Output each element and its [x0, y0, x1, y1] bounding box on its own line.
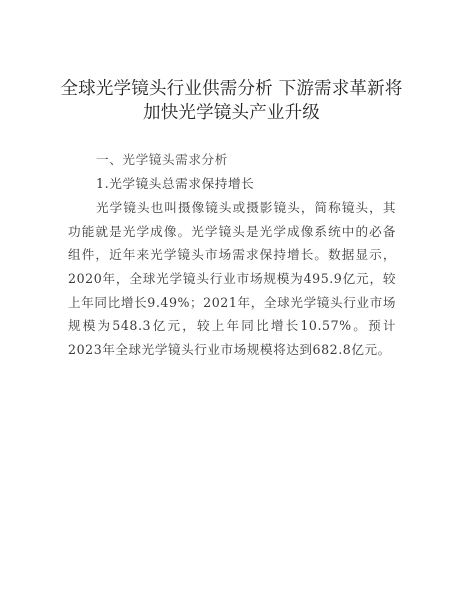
sub-heading: 1.光学镜头总需求保持增长	[68, 172, 396, 196]
section-heading: 一、光学镜头需求分析	[68, 148, 396, 172]
body-paragraph: 光学镜头也叫摄像镜头或摄影镜头，简称镜头，其功能就是光学成像。光学镜头是光学成像…	[68, 196, 396, 361]
title-line-2: 加快光学镜头产业升级	[60, 101, 403, 125]
document-title: 全球光学镜头行业供需分析 下游需求革新将 加快光学镜头产业升级	[60, 77, 403, 125]
document-page: 全球光学镜头行业供需分析 下游需求革新将 加快光学镜头产业升级 一、光学镜头需求…	[0, 0, 463, 600]
document-body: 一、光学镜头需求分析 1.光学镜头总需求保持增长 光学镜头也叫摄像镜头或摄影镜头…	[68, 148, 396, 361]
title-line-1: 全球光学镜头行业供需分析 下游需求革新将	[60, 77, 403, 101]
